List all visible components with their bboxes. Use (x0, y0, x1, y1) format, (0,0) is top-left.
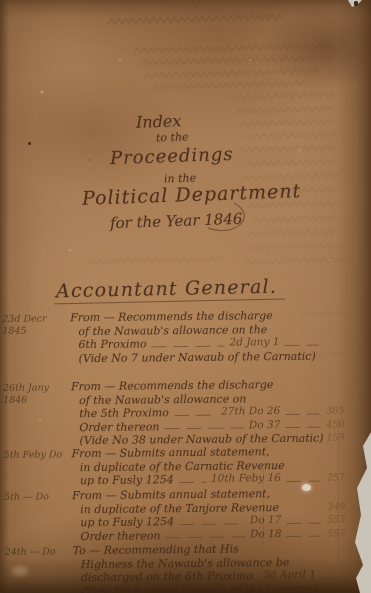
entry-text: up to Fusly 1254 (80, 515, 174, 529)
entry-line: up to Fusly 1254 10th Feby 16 257 (72, 471, 357, 487)
leader-dashes (179, 481, 206, 482)
entry-date: 5th Feby Do (4, 447, 72, 488)
entry-body: From — Recommends the discharge of the N… (71, 377, 357, 447)
entry-date: 26th Jany 1846 (3, 380, 72, 448)
leader-dashes (321, 577, 355, 578)
index-entry: 5th — Do From — Submits annual statement… (4, 486, 358, 544)
leader-dashes (287, 536, 321, 537)
entry-text: Order thereon (79, 420, 159, 434)
entry-line: (Vide No 2 under Nawaub of the Carnatic) (73, 582, 358, 593)
ink-speck (28, 142, 31, 145)
entry-text: (Vide No 2 under Nawaub of the Carnatic) (81, 582, 318, 593)
entry-ref: 3d April 1 (263, 569, 316, 583)
page-number: 159 (324, 431, 356, 445)
leader-dashes (286, 480, 320, 481)
binding-pin (354, 1, 358, 6)
entry-ref: Do 37 (249, 419, 281, 433)
leader-dashes (174, 414, 216, 415)
entry-body: To — Recommending that His Highness the … (73, 541, 359, 593)
entry-body: From — Recommends the discharge of the N… (70, 308, 356, 365)
index-entry: 5th Feby Do From — Submits annual statem… (4, 444, 357, 488)
page-number: 257 (325, 471, 357, 485)
page-number: 557 (325, 527, 357, 541)
leader-dashes (164, 427, 243, 429)
entry-date: 5th — Do (4, 489, 73, 544)
entry-line: (Vide No 7 under Nawaub of the Carnatic) (71, 349, 356, 365)
leader-dashes (179, 523, 245, 525)
entry-ref: 2d Jany 1 (229, 336, 279, 350)
leader-dashes (285, 344, 319, 345)
entry-body: From — Submits annual statement, in dupl… (72, 444, 357, 487)
index-entries: 23d Decr 1845 From — Recommends the disc… (0, 0, 371, 593)
entry-ref: Do 18 (250, 528, 282, 542)
leader-dashes (152, 345, 225, 347)
entry-text: Order thereon (80, 529, 160, 543)
paper-smudge (12, 566, 28, 576)
paper-damage-spot (302, 484, 311, 491)
scanned-manuscript: { "colors":{"paper":"#a87c55","ink":"#3e… (0, 0, 371, 593)
entry-ref: 10th Feby 16 (211, 472, 281, 486)
entry-ref: Do 17 (250, 514, 282, 528)
entry-date: 23d Decr 1845 (2, 311, 71, 366)
entry-body: From — Submits annual statement, in dupl… (72, 486, 358, 543)
index-entry: 23d Decr 1845 From — Recommends the disc… (2, 308, 356, 366)
index-entry: 26th Jany 1846 From — Recommends the dis… (3, 377, 357, 448)
entry-text: the 5th Proximo (79, 406, 169, 420)
entry-text: 6th Proximo (78, 337, 146, 351)
page-number: 349 (325, 500, 357, 514)
manuscript-page: Index to the Proceedings in the Politica… (0, 0, 371, 593)
entry-ref: 27th Do 26 (221, 405, 280, 419)
page-number: 553 (325, 513, 357, 527)
entry-text: up to Fusly 1254 (80, 473, 174, 487)
index-entry: 24th — Do To — Recommending that His Hig… (5, 541, 359, 593)
leader-dashes (286, 522, 320, 523)
page-number: 385 (324, 404, 356, 418)
page-number: 450 (324, 418, 356, 432)
leader-dashes (166, 536, 245, 538)
leader-dashes (285, 413, 319, 414)
entry-text: Highness the Nawaub's allowance be (81, 555, 290, 571)
entry-text: (Vide No 7 under Nawaub of the Carnatic) (79, 349, 316, 365)
leader-dashes (285, 427, 319, 428)
